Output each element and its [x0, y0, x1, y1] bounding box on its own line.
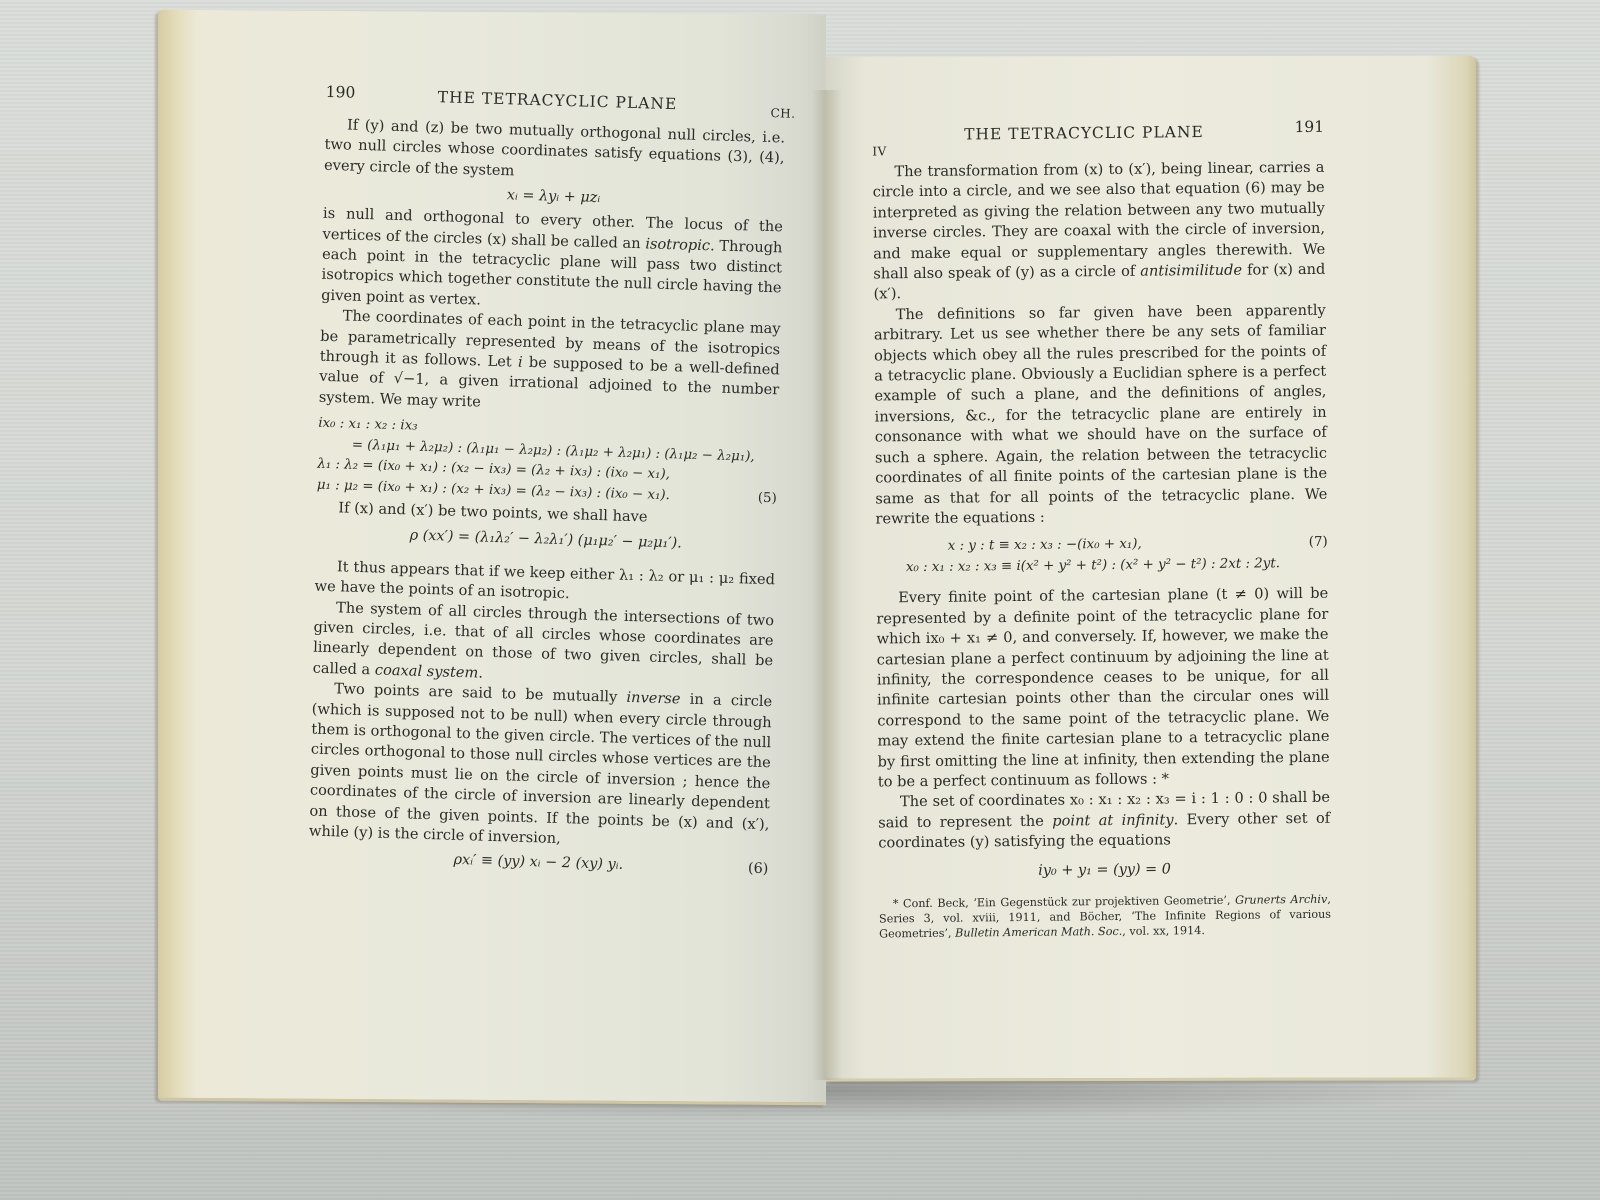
- running-head-title: THE TETRACYCLIC PLANE: [964, 123, 1204, 144]
- paragraph: Two points are said to be mutually inver…: [309, 679, 773, 856]
- term-antisimilitude: antisimilitude: [1140, 262, 1242, 280]
- paragraph: The coordinates of each point in the tet…: [319, 306, 781, 422]
- paragraph: is null and orthogonal to every other. T…: [321, 204, 783, 320]
- paragraph: The transformation from (x) to (x′), bei…: [872, 158, 1325, 306]
- paragraph: The definitions so far given have been a…: [874, 301, 1328, 530]
- left-page-text: 190 THE TETRACYCLIC PLANE CH. If (y) and…: [308, 83, 786, 884]
- paragraph: Every finite point of the cartesian plan…: [876, 584, 1330, 793]
- equation-tag: (7): [1309, 533, 1328, 554]
- equation: iy₀ + y₁ = (yy) = 0: [879, 857, 1331, 882]
- footnote: * Conf. Beck, ‘Ein Gegenstück zur projek…: [879, 891, 1331, 941]
- equation-tag: (5): [758, 489, 777, 510]
- equation-5: ix₀ : x₁ : x₂ : ix₃ = (λ₁μ₁ + λ₂μ₂) : (λ…: [317, 414, 779, 510]
- term-point-at-infinity: point at infinity: [1052, 811, 1173, 829]
- left-page: 190 THE TETRACYCLIC PLANE CH. If (y) and…: [158, 10, 826, 1106]
- chapter-mark: CH.: [770, 106, 795, 121]
- term-isotropic: isotropic: [645, 235, 710, 254]
- page-number-191: 191: [1294, 118, 1324, 136]
- right-running-head: THE TETRACYCLIC PLANE 191 IV: [872, 112, 1324, 149]
- page-number-190: 190: [326, 83, 356, 102]
- term-inverse: inverse: [626, 689, 680, 708]
- right-page: THE TETRACYCLIC PLANE 191 IV The transfo…: [826, 55, 1476, 1081]
- equation-tag: (6): [748, 859, 769, 880]
- chapter-mark: IV: [872, 144, 887, 158]
- term-coaxal-system: coaxal system: [375, 661, 479, 681]
- paragraph: The set of coordinates x₀ : x₁ : x₂ : x₃…: [878, 788, 1331, 854]
- book-spine-gutter: [812, 90, 842, 1080]
- running-head-title: THE TETRACYCLIC PLANE: [438, 88, 678, 113]
- paragraph: The system of all circles through the in…: [312, 597, 774, 692]
- equation-7: x : y : t ≡ x₂ : x₃ : −(ix₀ + x₁),(7) x₀…: [876, 533, 1328, 579]
- right-page-text: THE TETRACYCLIC PLANE 191 IV The transfo…: [872, 112, 1331, 941]
